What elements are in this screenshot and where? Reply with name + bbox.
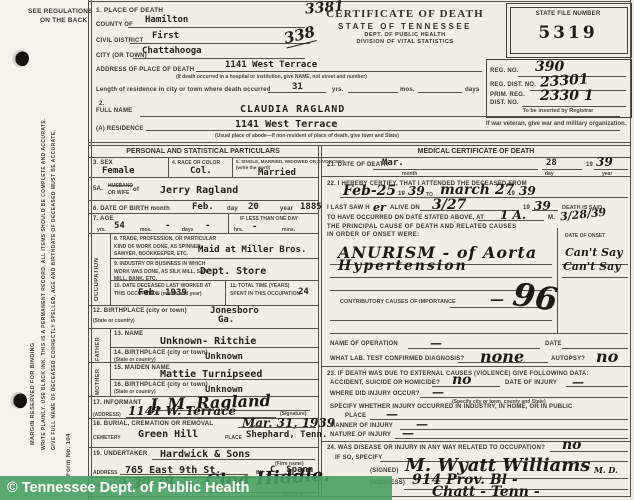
father-birthplace-note: (State or country) [114,357,156,363]
line [562,277,628,278]
month-note: month [402,171,417,177]
line [110,233,111,305]
physician-md-suffix: M. D. [594,465,618,475]
address-note: (If death occurred in a hospital or inst… [176,74,367,80]
line [168,157,169,177]
line [133,58,305,59]
attended-to-value: march 27 [440,182,514,198]
line [550,451,628,452]
line [91,0,92,500]
marital-value: Married [258,168,296,178]
line [318,145,319,496]
medical-section-header: MEDICAL CERTIFICATE OF DEATH [321,148,631,155]
prim-reg-value: 2330 1 [540,88,594,104]
contributory-dash: — [490,292,504,308]
spouse-value: Jerry Ragland [160,185,238,196]
reg-dist-label: REG. DIST. NO. [490,82,536,88]
line [88,213,318,214]
date-of-death-year: 39 [596,155,613,169]
line [395,438,628,439]
line [140,116,620,117]
line [225,280,226,305]
fullname-number: 2. [99,101,104,107]
margin-binding-text: MARGIN RESERVED FOR BINDING [30,245,36,445]
tennessee-watermark: © Tennessee Dept. of Public Health [0,476,392,500]
year-note: year [602,171,612,177]
line [88,233,318,234]
address-of-death-value: 1141 West Terrace [225,60,317,70]
line [321,176,631,177]
husband-label: HUSBAND [108,183,133,189]
father-name-label: 13. NAME [114,331,143,337]
prim-reg-label-2: DIST. NO. [490,100,519,106]
date-of-death-month: Mar. [382,158,404,168]
yrs-label: yrs. [332,87,343,93]
dob-label: 6. DATE OF BIRTH month [93,206,170,212]
line [330,333,628,334]
age-days-value: - [205,221,210,231]
line [420,397,628,398]
day-note: day [545,171,554,177]
line [88,0,89,500]
residence-length-label: Length of residence in city or town wher… [96,87,271,93]
line [88,142,631,143]
address-of-death-label: ADDRESS OF PLACE OF DEATH [96,67,194,73]
autopsy-value: no [596,347,618,366]
where-injury-label: WHERE DID INJURY OCCUR? [330,391,420,397]
nature-of-injury-label: NATURE OF INJURY [330,432,391,438]
burial-label: 18. BURIAL, CREMATION OR REMOVAL [93,421,213,427]
occupation-side-label: OCCUPATION [94,243,100,301]
punch-hole-bottom [10,392,27,409]
sex-value: Female [102,166,135,176]
residence-note: (Usual place of abode—If non-resident of… [215,133,399,139]
specify-injury-label: SPECIFY WHETHER INJURY OCCURRED IN INDUS… [330,404,573,410]
line [88,200,318,201]
birthplace-note: (State or country) [93,318,135,324]
line [594,169,628,170]
father-side-label: FATHER [95,333,101,361]
trade-value: Maid at Miller Bros. [198,245,306,255]
line [478,220,544,221]
occupation-related-label: 24. WAS DISEASE OR INJURY IN ANY WAY REL… [327,445,545,451]
state-file-number: 5319 [506,23,630,43]
or-wife-label: OR WIFE [108,190,129,196]
cemetery-label: CEMETERY [93,435,121,441]
line [370,419,628,420]
line [196,71,482,72]
date-of-death-19: 19 [586,162,593,168]
residence-value: 1141 West Terrace [235,119,337,130]
injury-date-label: DATE OF INJURY [505,380,557,386]
line [152,459,315,460]
occurred-label: TO HAVE OCCURRED ON DATE STATED ABOVE, A… [327,215,484,221]
total-time-label: 11. TOTAL TIME (YEARS) SPENT IN THIS OCC… [230,283,306,298]
line [88,145,631,146]
line [542,169,582,170]
industry-value: Dept. Store [200,266,266,277]
principal-cause-label-2: IN ORDER OF ONSET WERE: [327,232,420,238]
contributory-causes-label: CONTRIBUTORY CAUSES OF IMPORTANCE [340,299,456,305]
last-saw-label-1: I LAST SAW H [327,205,370,211]
registrar-box-note: To be inserted by Registrar [486,108,630,114]
line [268,92,326,93]
state-file-label: STATE FILE NUMBER [506,11,630,17]
punch-hole-top [12,50,29,67]
physician-address-line-2: Chatt - Tenn - [432,484,540,500]
last-saw-label-2: ALIVE ON [390,205,420,211]
age-years-value: 54 [114,221,125,231]
form-number: Form No. 104 [66,418,72,476]
informant-address-label: (ADDRESS) [93,412,121,418]
hrs-value: - [252,222,257,232]
line [88,328,318,329]
division-subtitle: DIVISION OF VITAL STATISTICS [320,39,490,45]
manner-of-injury-label: MANNER OF INJURY [330,423,393,429]
mother-birthplace-label: 16. BIRTHPLACE (city or town) [114,382,208,388]
county-value: Hamilton [145,15,188,25]
cause-1-onset-value: Can't Say [565,246,623,259]
fullname-value: CLAUDIA RAGLAND [240,104,345,115]
line [330,320,552,321]
principal-cause-label-1: THE PRINCIPAL CAUSE OF DEATH AND RELATED… [327,224,516,230]
see-regulations-line2: ON THE BACK [40,17,87,24]
occurred-m-label: M. [548,215,555,221]
dob-month-value: Feb. [192,202,214,212]
age-days-label: days [182,227,193,233]
margin-write-plainly-text: WRITE PLAINLY. USE BLACK INK. THIS IS A … [41,95,47,450]
signed-label: (SIGNED) [370,468,399,474]
undertaker-label: 19. UNDERTAKER [93,451,147,457]
dob-day-label: day [227,206,238,212]
line [228,213,229,233]
line [110,347,318,348]
line [88,305,318,306]
burial-place-value: Shephard, Tenn. [246,430,327,440]
death-certificate-scan: SEE REGULATIONS ON THE BACK MARGIN RESER… [0,0,634,500]
if-so-specify-label: IF SO, SPECIFY [335,455,382,461]
see-regulations-line1: SEE REGULATIONS [28,8,93,15]
line [340,197,628,198]
cause-2-value: Hypertension [338,258,468,274]
burial-place-label: PLACE [225,435,242,441]
accident-label: ACCIDENT, SUICIDE OR HOMICIDE? [330,380,440,386]
dob-day-value: 20 [248,202,259,212]
from-year: 39 [408,184,425,198]
place-of-death-label: 1. PLACE OF DEATH [96,7,163,14]
father-name-value: Unknown- Ritchie [160,336,256,347]
contributory-code-value: 96 [511,275,560,319]
civil-district-value: First [152,31,179,41]
place-word-label: PLACE [345,413,366,419]
dob-year-value: 1885 [300,202,322,212]
mother-name-value: Mattie Turnipseed [160,369,262,380]
line [532,210,558,211]
line [522,106,626,107]
last-saw-pronoun: er [373,201,386,214]
line [566,386,628,387]
residence-years-value: 31 [292,82,303,92]
line [400,429,628,430]
operation-label: NAME OF OPERATION [330,341,398,347]
dept-subtitle: DEPT. OF PUBLIC HEALTH [320,32,490,38]
to-year: 39 [519,184,536,198]
mins-label: mins. [282,227,295,233]
total-time-value: 24 [298,287,309,297]
war-veteran-note: If war veteran, give war and military or… [486,120,628,129]
birthplace-label: 12. BIRTHPLACE (city or town) [93,308,187,314]
line [88,1,631,2]
line [373,169,538,170]
personal-section-header: PERSONAL AND STATISTICAL PARTICULARS [88,148,318,155]
birthplace-state-value: Ga. [218,315,234,325]
line [418,92,462,93]
age-mos-value: - [165,221,170,231]
line [110,328,111,396]
mos-label: mos. [400,87,415,93]
days-label: days [465,87,479,93]
line [232,157,233,177]
prim-reg-label-1: PRIM. REG. [490,92,525,98]
reg-no-label: REG. NO. [490,68,519,74]
burial-date-note: DATE [250,424,261,429]
line [128,27,305,28]
if-less-than-day-label: IF LESS THAN ONE DAY [240,216,298,222]
race-value: Col. [190,166,212,176]
line [321,145,322,496]
last-worked-value: Feb. 1939 [138,288,187,298]
date-of-death-day: 28 [546,158,557,168]
mother-side-label: MOTHER [95,367,101,395]
state-subtitle: STATE OF TENNESSEE [320,22,490,31]
father-birthplace-label: 14. BIRTHPLACE (city or town) [114,350,208,356]
father-birthplace-value: Unknown [205,352,243,362]
line [348,92,398,93]
date-of-death-label: 21. DATE OF DEATH [327,162,388,168]
margin-give-name-text: GIVE FULL NAME OF DECEASED CORRECTLY SPE… [51,95,57,450]
spouse-number: 5A. [93,186,103,192]
age-label: 7. AGE [93,216,114,222]
cemetery-value: Green Hill [138,429,198,440]
city-value: Chattahooga [142,46,202,56]
line [88,447,318,448]
lab-test-value: none [480,347,524,366]
autopsy-label: AUTOPSY? [551,356,585,362]
hrs-label: hrs. [234,227,243,233]
operation-date-label: DATE [545,341,562,347]
cause-2-onset-value: Can't Say [563,260,621,273]
dob-year-label: year [280,206,293,212]
line [146,130,620,131]
line [458,362,548,363]
residence-label: (A) RESIDENCE [96,126,144,132]
informant-address-value: 1141 W. Terrace [128,404,236,418]
line [321,366,631,367]
certificate-title: CERTIFICATE OF DEATH [320,8,490,20]
lab-test-label: WHAT LAB. TEST CONFIRMED DIAGNOSIS? [330,356,464,362]
line [321,441,631,442]
age-mos-label: mos. [140,227,152,233]
date-of-onset-label: DATE OF ONSET [565,233,605,239]
fullname-label: FULL NAME [96,108,132,114]
line [130,43,310,44]
age-yrs-label: yrs. [97,227,106,233]
of-label: of [133,187,139,193]
